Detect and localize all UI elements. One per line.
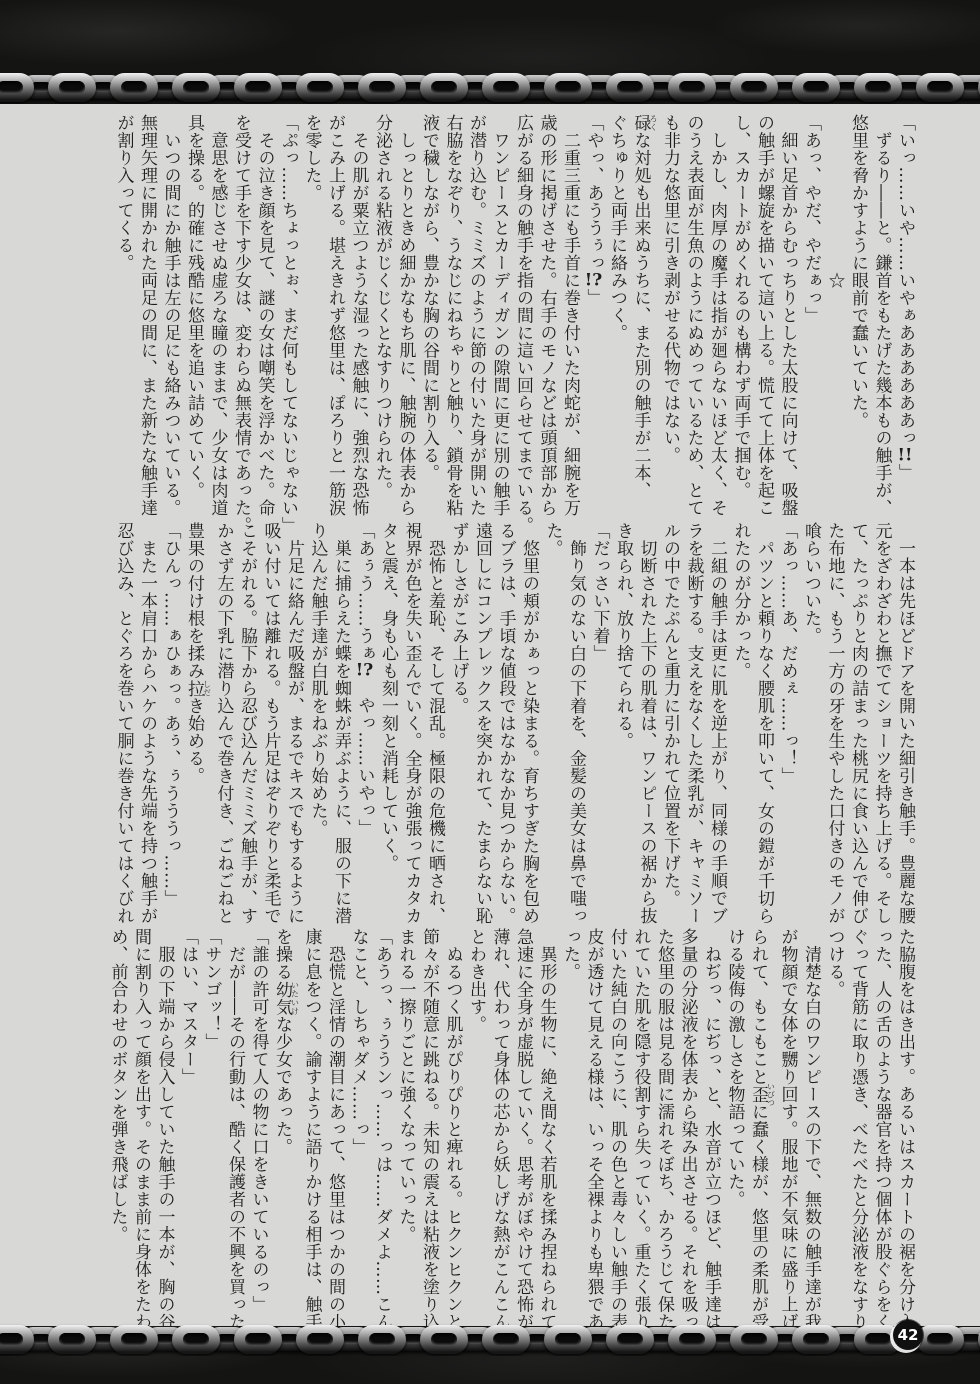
chain-border-top	[0, 70, 980, 104]
text-line: 「あぅう……うぁ!? やっ……いやっ」	[352, 522, 376, 922]
text-line: つける。	[822, 928, 846, 1328]
text-line: ける陵侮の激しさを物語っていた。	[722, 928, 746, 1328]
chain-link-icon	[606, 1325, 654, 1354]
text-line: パツンと頼りなく腰肌を叩いて、女の鎧が千切ら	[752, 522, 776, 922]
chain-link-icon	[296, 73, 344, 102]
chain-link-icon	[668, 1325, 716, 1354]
top-border-band	[0, 0, 980, 104]
text-line: 「はい、マスター」	[176, 928, 200, 1328]
chain-link-icon	[48, 73, 96, 102]
chain-link-icon	[730, 73, 778, 102]
text-line: し、スカートがめくれるのも構わず両手で掴む。	[728, 114, 752, 514]
text-line: まれる一擦りごとに強くなっていった。	[393, 928, 417, 1328]
chain-link-icon	[544, 1325, 592, 1354]
chain-link-icon	[358, 1325, 406, 1354]
text-line: しっとりときめ細かなもち肌に、触腕の体表から	[393, 114, 417, 514]
text-line: 歳の形に掲げさせた。右手のモノなどは頭頂部から	[534, 114, 558, 514]
text-line: いつの間にか触手は左の足にも絡みついている。	[158, 114, 182, 514]
text-line: が潜り込む。ミミズのように節の付いた身が開いた	[464, 114, 488, 514]
text-line: 「誰の許可を得て人の物に口をきいているのっ」	[246, 928, 270, 1328]
text-line: ぐって背筋に取り憑き、べたべたと分泌液をなすり	[846, 928, 870, 1328]
text-line: また一本肩口からハケのような先端を持つ触手が	[135, 522, 159, 922]
text-line: ずかしさがこみ上げる。	[446, 522, 470, 922]
text-line: 悠里を脅かすように眼前で蠢いていた。	[846, 114, 870, 514]
text-line: 無理矢理に開かれた両足の間に、また新たな触手達	[135, 114, 159, 514]
text-line: の触手が螺旋を描いて這い上る。慌てて上体を起こ	[752, 114, 776, 514]
chain-link-icon	[916, 73, 964, 102]
chain-link-icon	[296, 1325, 344, 1354]
text-line: 「サンゴッ！」	[199, 928, 223, 1328]
page-number: 42	[898, 1326, 919, 1344]
text-line: 恐慌と淫情の潮目にあって、悠里はつかの間の小	[323, 928, 347, 1328]
text-line: 康に息をつく。諭すように語りかける相手は、触手	[299, 928, 323, 1328]
text-line: 節々が不随意に跳ねる。未知の震えは粘液を塗り込	[417, 928, 441, 1328]
chain-link-icon	[234, 73, 282, 102]
text-line: 忍び込み、とぐろを巻いて胴に巻き付いてはくびれ	[111, 522, 135, 922]
text-line: 片足に絡んだ吸盤が、まるでキスでもするように	[282, 522, 306, 922]
text-line: がこみ上げる。堪えきれず悠里は、ぽろりと一筋涙	[323, 114, 347, 514]
text-line: 細い足首からむっちりとした太股に向けて、吸盤	[775, 114, 799, 514]
chain-link-icon	[172, 73, 220, 102]
text-line: 間に割り入って顔を出す。そのまま前に身体をたわ	[129, 928, 153, 1328]
chain-link-icon	[482, 73, 530, 102]
chain-link-icon	[420, 73, 468, 102]
text-line: 碌ろくな対処も出来ぬうちに、また別の触手が二本、	[628, 114, 658, 514]
page-number-badge: 42	[893, 1320, 923, 1350]
text-line: 皮が透けて見える様は、いっそ全裸よりも卑猥であ	[581, 928, 605, 1328]
chain-link-icon	[544, 73, 592, 102]
chain-link-icon	[0, 1325, 34, 1354]
text-line: ねぢっ、にぢっ、と、水音が立つほど、触手達は	[699, 928, 723, 1328]
chain-link-icon	[48, 1325, 96, 1354]
chain-link-icon	[606, 73, 654, 102]
text-line: 恐怖と羞恥、そして混乱。極限の危機に晒され、	[423, 522, 447, 922]
text-line: ルの中でたぷんと重力に引かれて位置を下げた。	[658, 522, 682, 922]
text-line: 多量の分泌液を体表から染み出させる。それを吸っ	[675, 928, 699, 1328]
text-line: こそがれる。脇下から忍び込んだミミズ触手が、す	[235, 522, 259, 922]
text-line: 巣に捕らえた蝶を蜘蛛が弄ぶように、服の下に潜	[329, 522, 353, 922]
text-line: を零した。	[299, 114, 323, 514]
text-line: 「ぷっ……ちょっとぉ、まだ何もしてないじゃない」	[276, 114, 300, 514]
text-line: 遠回しにコンプレックスを突かれて、たまらない恥	[470, 522, 494, 922]
chain-link-icon	[792, 73, 840, 102]
text-line: 「だっさい下着」	[587, 522, 611, 922]
text-line: ずるり――と。鎌首をもたげた幾本もの触手が、	[869, 114, 893, 514]
chain-link-icon	[854, 73, 902, 102]
text-line: 付いた純白の向こうに、肌の色と毒々しい触手の表	[605, 928, 629, 1328]
chain-link-icon	[172, 1325, 220, 1354]
text-line: を操る幼気いたいけな少女であった。	[270, 928, 300, 1328]
text-line: が物顔で女体を嬲り回す。服地が不気味に盛り上げ	[775, 928, 799, 1328]
chain-link-icon	[358, 73, 406, 102]
text-line: 「あっ……あ、だめぇ……っ！」	[775, 522, 799, 922]
text-line: れていた肌を隠す役割すら失っていく。重たく張り	[628, 928, 652, 1328]
chain-link-icon	[420, 1325, 468, 1354]
text-line: タと震え、身も心も刻一刻と消耗していく。	[376, 522, 400, 922]
text-line: 「あっ、やだ、やだぁっ」	[799, 114, 823, 514]
text-line: 「ひんっ……ぁひぁっ。あぅ、ぅうううっ……」	[158, 522, 182, 922]
text-line: 急速に全身が虚脱していく。思考がぼやけて恐怖が	[511, 928, 535, 1328]
text-line: 異形の生物に、絶え間なく若肌を揉み捏ねられて、	[534, 928, 558, 1328]
text-line: 悠里の頬がかぁっと染まる。育ちすぎた胸を包め	[517, 522, 541, 922]
text-line: を受けて手を下す少女は、変わらぬ無表情であった。	[229, 114, 253, 514]
text-line: 液で穢しながら、豊かな胸の谷間に割り入る。	[417, 114, 441, 514]
text-line: 「あうっ、ぅううンっ……っは……ダメよ……こん	[370, 928, 394, 1328]
text-line: 視界が色を失い歪んでいく。全身が強張ってカタカ	[399, 522, 423, 922]
text-block-bottom: た脇腹をはき出す。あるいはスカートの裾を分け入った、人の舌のような器官を持つ個体…	[114, 928, 916, 1328]
chain-link-icon	[234, 1325, 282, 1354]
text-line: るブラは、手頃な値段ではなかなか見つからない。	[493, 522, 517, 922]
text-line: 一本は先ほどドアを開いた細引き触手。豊麗な腰	[893, 522, 917, 922]
chain-link-icon	[916, 1325, 964, 1354]
text-line: 「いっ……いや……いやぁああああああっ!!」	[893, 114, 917, 514]
text-line: 二重三重にも手首に巻き付いた肉蛇が、細腕を万	[558, 114, 582, 514]
text-line: り込んだ触手達が白肌をねぶり始めた。	[305, 522, 329, 922]
text-line: が割り入ってくる。	[111, 114, 135, 514]
chain-link-icon	[730, 1325, 778, 1354]
text-line: 具を操る。的確に残酷に悠里を追い詰めていく。	[182, 114, 206, 514]
text-line: なこと、しちゃダメ……っ」	[346, 928, 370, 1328]
text-line: 豊果の付け根を揉み拉しだき始める。	[182, 522, 212, 922]
text-line: め、前合わせのボタンを弾き飛ばした。	[105, 928, 129, 1328]
text-line: 飾り気のない白の下着を、金髪の美女は鼻で嗤っ	[564, 522, 588, 922]
text-line: 服の下端から侵入していた触手の一本が、胸の谷	[152, 928, 176, 1328]
novel-page: 「いっ……いや……いやぁああああああっ!!」 ずるり――と。鎌首をもたげた幾本も…	[0, 0, 980, 1384]
text-line: その肌が粟立つような湿った感触に、強烈な恐怖	[346, 114, 370, 514]
text-line: た悠里の服は見る間に濡れそぼち、かろうじて保た	[652, 928, 676, 1328]
chain-link-icon	[110, 73, 158, 102]
text-line: ぐちゅりと両手に絡みつく。	[605, 114, 629, 514]
text-line: 喰らいついた。	[799, 522, 823, 922]
text-line: 薄れ、代わって身体の芯から妖しげな熱がこんこん	[487, 928, 511, 1328]
text-line: のうえ表面が生魚のようにぬめっているため、とて	[681, 114, 705, 514]
text-line: だが――その行動は、酷く保護者の不興を買った。	[223, 928, 247, 1328]
text-line: られて、もこもこと歪いびつに蠢く様が、悠里の柔肌が受	[746, 928, 776, 1328]
text-line: た脇腹をはき出す。あるいはスカートの裾を分け入	[893, 928, 917, 1328]
text-line: 「やっ、あううぅっ!?」	[581, 114, 605, 514]
chain-link-icon	[0, 73, 34, 102]
text-block-top: 「いっ……いや……いやぁああああああっ!!」 ずるり――と。鎌首をもたげた幾本も…	[114, 114, 916, 514]
text-line: かさず左の下乳に潜り込んで巻き付き、ごねごねと	[211, 522, 235, 922]
text-line: その泣き顔を見て、謎の女は嘲笑を浮かべた。命	[252, 114, 276, 514]
text-line: た布地に、もう一方の牙を生やした口付きのモノが	[822, 522, 846, 922]
text-line: った。	[558, 928, 582, 1328]
text-line: しかし、肉厚の魔手は指が廻らないほど太く、そ	[705, 114, 729, 514]
chain-link-icon	[792, 1325, 840, 1354]
text-line: れたのが分かった。	[728, 522, 752, 922]
text-line: 吸い付いては離れる。もう片足はぞりぞりと柔毛で	[258, 522, 282, 922]
text-line: 分泌される粘液がじくじくとなすりつけられた。	[370, 114, 394, 514]
text-line: ワンピースとカーディガンの隙間に更に別の触手	[487, 114, 511, 514]
text-line: った、人の舌のような器官を持つ個体が股ぐらをく	[869, 928, 893, 1328]
chain-border-bottom	[0, 1322, 980, 1356]
text-line: ラを裁断する。支えをなくした柔乳が、キャミソー	[681, 522, 705, 922]
text-line: 二組の触手は更に肌を逆上がり、同様の手順でブ	[705, 522, 729, 922]
text-line: 広がる細身の触手を指の間に這い回らせてまでいる。	[511, 114, 535, 514]
text-line: き取られ、放り捨てられる。	[611, 522, 635, 922]
text-line: 元をざわざわと撫でてショーツを持ち上げる。そし	[869, 522, 893, 922]
text-block-middle: 一本は先ほどドアを開いた細引き触手。豊麗な腰元をざわざわと撫でてショーツを持ち上…	[114, 522, 916, 922]
text-line: とわき出す。	[464, 928, 488, 1328]
text-line: 右脇をなぞり、うなじにねちゃりと触り、鎖骨を粘	[440, 114, 464, 514]
text-line: 清楚な白のワンピースの下で、無数の触手達が我	[799, 928, 823, 1328]
text-line: 切断された上下の肌着は、ワンピースの裾から抜	[634, 522, 658, 922]
bottom-border-band	[0, 1326, 980, 1384]
text-line: も非力な悠里に引き剥がせる代物ではない。	[658, 114, 682, 514]
chain-link-icon	[668, 73, 716, 102]
text-line: ☆	[822, 114, 846, 514]
text-line: 意思を感じさせぬ虚ろな瞳のままで、少女は肉道	[205, 114, 229, 514]
text-line: て、たっぷりと肉の詰まった桃尻に食い込んで伸び	[846, 522, 870, 922]
text-line: た。	[540, 522, 564, 922]
chain-link-icon	[110, 1325, 158, 1354]
chain-link-icon	[482, 1325, 530, 1354]
text-line: ぬるつく肌がぴりぴりと痺れる。ヒクンヒクンと	[440, 928, 464, 1328]
